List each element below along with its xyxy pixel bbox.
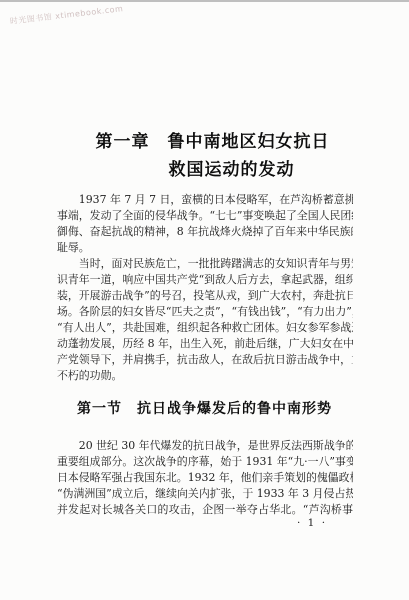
body-text-block-2: 20 世纪 30 年代爆发的抗日战争，是世界反法西斯战争的 重要组成部分。这次战… — [57, 438, 353, 518]
text-line: 1937 年 7 月 7 日，蛮横的日本侵略军，在芦沟桥蓄意挑起 — [57, 192, 353, 208]
section-title: 第一节 抗日战争爆发后的鲁中南形势 — [0, 399, 409, 419]
text-line: 日本侵略军强占我国东北。1932 年，他们亲手策划的傀儡政权 — [57, 470, 353, 486]
paragraph-1: 1937 年 7 月 7 日，蛮横的日本侵略军，在芦沟桥蓄意挑起 事端，发动了全… — [57, 192, 353, 256]
text-line: 御侮、奋起抗战的精神，8 年抗战烽火烧掉了百年来中华民族的 — [57, 224, 353, 240]
chapter-title: 第一章 鲁中南地区妇女抗日 救国运动的发动 — [8, 128, 409, 184]
chapter-title-line-1: 第一章 鲁中南地区妇女抗日 — [8, 128, 409, 156]
body-text-block-1: 1937 年 7 月 7 日，蛮横的日本侵略军，在芦沟桥蓄意挑起 事端，发动了全… — [57, 192, 353, 384]
text-line: 装，开展游击战争”的号召，投笔从戎，到广大农村，奔赴抗日战 — [57, 288, 353, 304]
text-line: 不朽的功勋。 — [57, 368, 353, 384]
text-line: 并发起对长城各关口的攻击，企图一举夺占华北。“芦沟桥事 — [57, 502, 353, 518]
text-line: “有人出人”，共赴国难，组织起各种救亡团体。妇女参军参战运 — [57, 320, 353, 336]
paragraph-2: 当时，面对民族危亡，一批批踌躇满志的女知识青年与男知 识青年一道，响应中国共产党… — [57, 256, 353, 384]
text-line: “伪满洲国”成立后，继续向关内扩张，于 1933 年 3 月侵占热河， — [57, 486, 353, 502]
text-line: 识青年一道，响应中国共产党“到敌人后方去，拿起武器，组织武 — [57, 272, 353, 288]
text-line: 事端，发动了全面的侵华战争。“七七”事变唤起了全国人民团结 — [57, 208, 353, 224]
text-line: 场。各阶层的妇女皆尽“匹夫之责”，“有钱出钱”，“有力出力”， — [57, 304, 353, 320]
text-line: 20 世纪 30 年代爆发的抗日战争，是世界反法西斯战争的 — [57, 438, 353, 454]
scan-top-edge — [0, 0, 409, 2]
text-line: 动蓬勃发展，历经 8 年，出生入死，前赴后继，广大妇女在中国共 — [57, 336, 353, 352]
chapter-title-line-2: 救国运动的发动 — [8, 156, 409, 184]
text-line: 重要组成部分。这次战争的序幕，始于 1931 年“九·一八”事变 — [57, 454, 353, 470]
scanned-book-page: 时光图书馆 xtimebook.com 第一章 鲁中南地区妇女抗日 救国运动的发… — [0, 0, 409, 600]
text-line: 产党领导下，并肩携手，抗击敌人，在敌后抗日游击战争中，立下 — [57, 352, 353, 368]
paragraph-3: 20 世纪 30 年代爆发的抗日战争，是世界反法西斯战争的 重要组成部分。这次战… — [57, 438, 353, 518]
text-line: 耻辱。 — [57, 240, 353, 256]
watermark: 时光图书馆 xtimebook.com — [9, 3, 123, 27]
page-number: · 1 · — [297, 517, 327, 529]
text-line: 当时，面对民族危亡，一批批踌躇满志的女知识青年与男知 — [57, 256, 353, 272]
